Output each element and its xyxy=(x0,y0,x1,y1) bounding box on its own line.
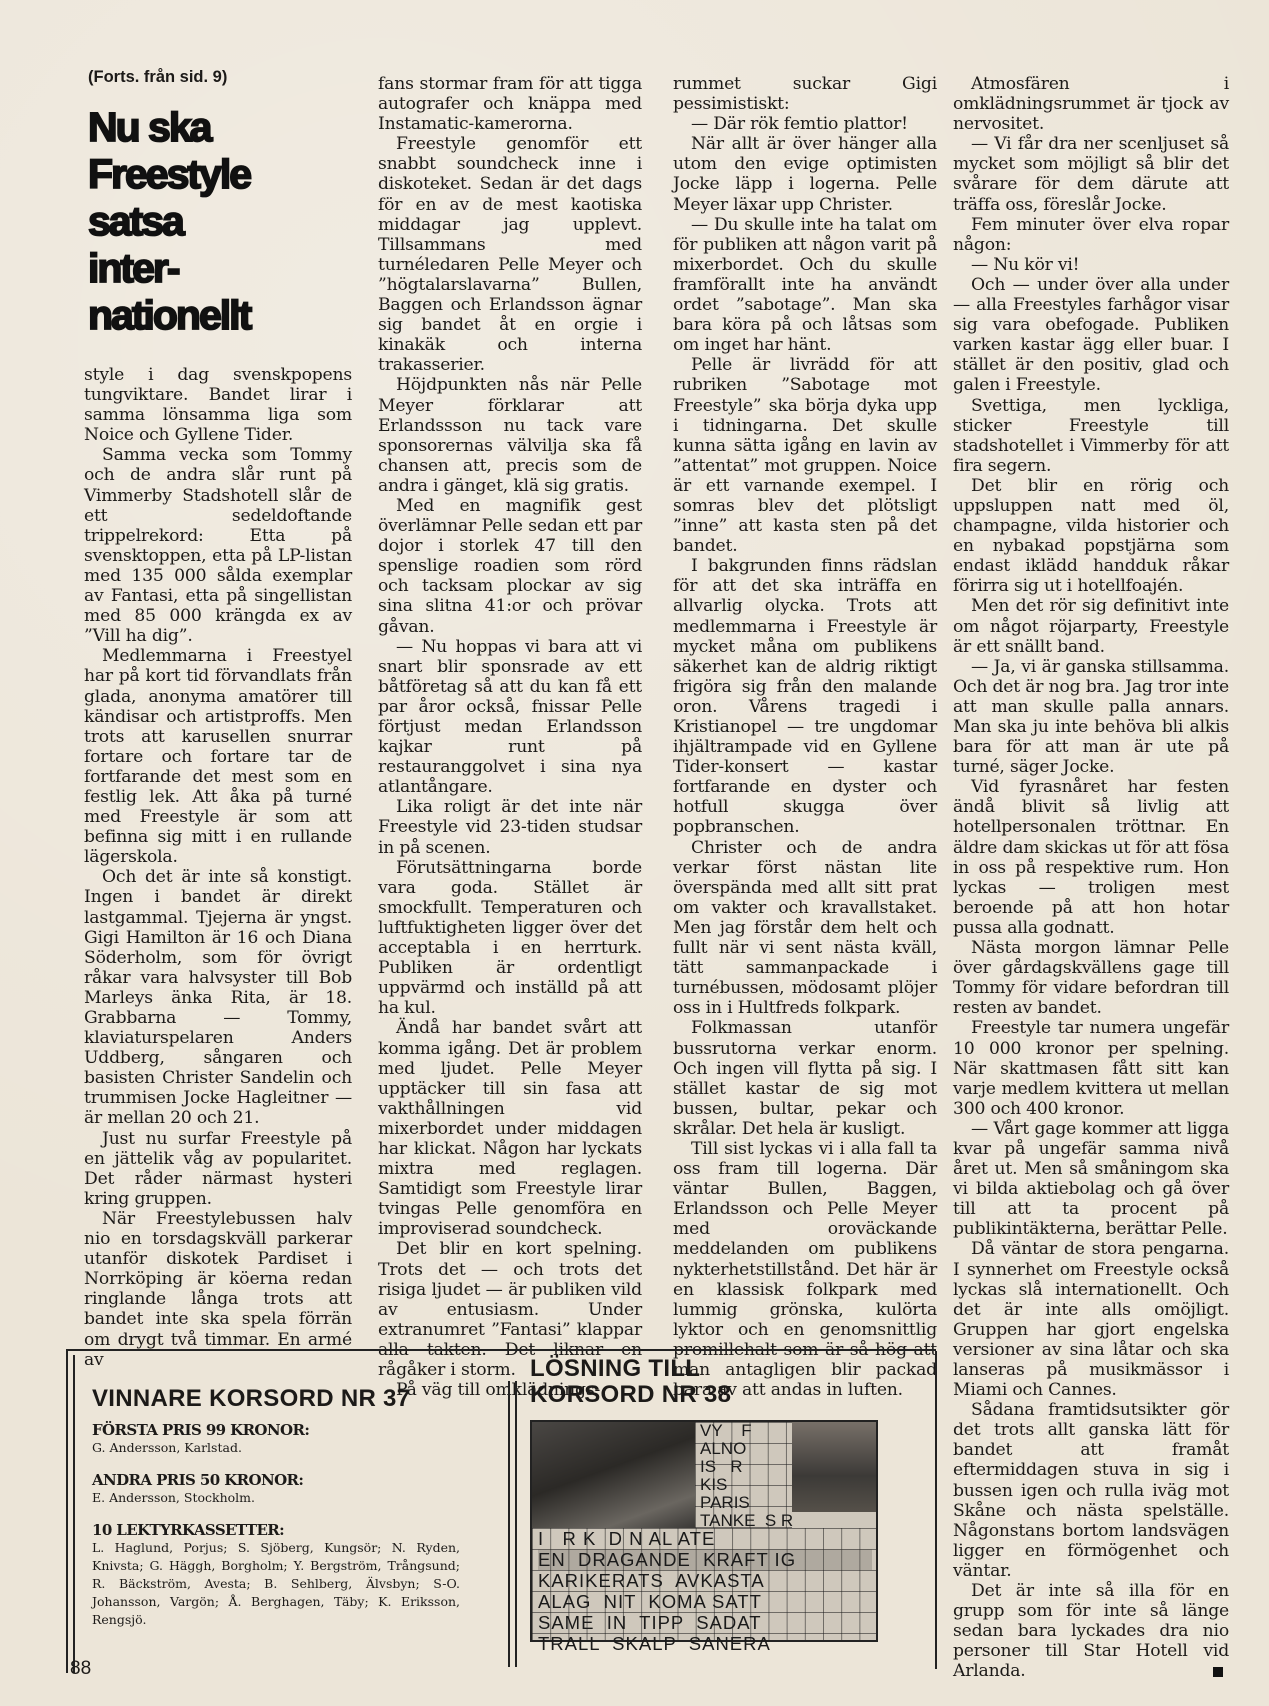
paragraph: Fem minuter över elva ropar någon: xyxy=(953,215,1229,255)
article-column-1: style i dag svenskpopens tungviktare. Ba… xyxy=(84,365,352,1370)
headline-line: Freestyle xyxy=(88,151,358,198)
solution-box: LÖSNING TILL KORSORD NR 38 xyxy=(530,1356,930,1408)
paragraph: Förutsättningarna borde vara goda. Ställ… xyxy=(378,858,642,1019)
solution-title-line2: KORSORD NR 38 xyxy=(530,1382,930,1408)
box-divider-rule xyxy=(508,1381,510,1667)
paragraph: Det blir en rörig och uppsluppen natt me… xyxy=(953,476,1229,597)
paragraph: Och det är inte så konstigt. Ingen i ban… xyxy=(84,867,352,1128)
paragraph: I bakgrunden finns rädslan för att det s… xyxy=(673,556,937,837)
prize-heading: 10 LEKTYRKASSETTER: xyxy=(92,1521,460,1539)
paragraph: Folkmassan utanför bussrutorna verkar en… xyxy=(673,1018,937,1139)
paragraph: Pelle är livrädd för att rubriken ”Sabot… xyxy=(673,355,937,556)
paragraph: — Vårt gage kommer att ligga kvar på ung… xyxy=(953,1119,1229,1240)
paragraph: Vid fyrasnåret har festen ändå blivit så… xyxy=(953,777,1229,938)
paragraph: — Ja, vi är ganska stillsamma. Och det ä… xyxy=(953,657,1229,778)
paragraph: fans stormar fram för att tigga autograf… xyxy=(378,74,642,134)
paragraph: Svettiga, men lyckliga, sticker Freestyl… xyxy=(953,396,1229,476)
crossword-solution-image: VY F ALNO IS R KIS PARIS TANKE S R I R K… xyxy=(530,1420,878,1642)
solution-title-line1: LÖSNING TILL xyxy=(530,1356,930,1382)
prize-winners: G. Andersson, Karlstad. xyxy=(92,1439,492,1457)
paragraph: Med en magnifik gest överlämnar Pelle se… xyxy=(378,496,642,637)
paragraph: — Du skulle inte ha talat om för publike… xyxy=(673,215,937,356)
article-headline: Nu ska Freestyle satsa inter- nationellt xyxy=(88,104,358,339)
paragraph: Atmosfären i omklädningsrummet är tjock … xyxy=(953,74,1229,134)
paragraph: rummet suckar Gigi pessimistiskt: xyxy=(673,74,937,114)
paragraph: Sådana framtidsutsikter gör det trots al… xyxy=(953,1400,1229,1581)
article-column-3: rummet suckar Gigi pessimistiskt: — Där … xyxy=(673,74,937,1400)
paragraph: Christer och de andra verkar först nästa… xyxy=(673,838,937,1019)
paragraph: Ändå har bandet svårt att komma igång. D… xyxy=(378,1018,642,1239)
prize-first: FÖRSTA PRIS 99 KRONOR: G. Andersson, Kar… xyxy=(92,1421,492,1457)
paragraph: Freestyle tar numera ungefär 10 000 kron… xyxy=(953,1018,1229,1118)
paragraph: — Vi får dra ner scenljuset så mycket so… xyxy=(953,134,1229,214)
headline-line: Nu ska xyxy=(88,104,358,151)
prize-winners: L. Haglund, Porjus; S. Sjöberg, Kungsör;… xyxy=(92,1539,460,1629)
paragraph: När Freestylebussen halv nio en torsdags… xyxy=(84,1209,352,1370)
headline-line: nationellt xyxy=(88,292,358,339)
paragraph: Nästa morgon lämnar Pelle över gårdagskv… xyxy=(953,938,1229,1018)
paragraph: — Nu hoppas vi bara att vi snart blir sp… xyxy=(378,637,642,798)
paragraph: Men det rör sig definitivt inte om något… xyxy=(953,596,1229,656)
prize-heading: FÖRSTA PRIS 99 KRONOR: xyxy=(92,1421,492,1439)
paragraph: — Där rök femtio plattor! xyxy=(673,114,937,134)
page-number: 88 xyxy=(70,1658,91,1680)
headline-line: satsa xyxy=(88,198,358,245)
paragraph: Medlemmarna i Freestyel har på kort tid … xyxy=(84,646,352,867)
winners-box: VINNARE KORSORD NR 37 FÖRSTA PRIS 99 KRO… xyxy=(72,1353,492,1653)
end-mark-icon xyxy=(1213,1667,1223,1677)
paragraph: Det är inte så illa för en grupp som för… xyxy=(953,1581,1229,1681)
crossword-bottom-letters: I R K D N AL ATE EN DRAGANDE KRAFT IG KA… xyxy=(538,1512,872,1654)
article-column-4: Atmosfären i omklädningsrummet är tjock … xyxy=(953,74,1229,1682)
prize-winners: E. Andersson, Stockholm. xyxy=(92,1489,492,1507)
paragraph: När allt är över hänger alla utom den ev… xyxy=(673,134,937,214)
continued-from-label: (Forts. från sid. 9) xyxy=(88,68,227,87)
paragraph-text: Det är inte så illa för en grupp som för… xyxy=(953,1581,1229,1681)
prize-cassettes: 10 LEKTYRKASSETTER: L. Haglund, Porjus; … xyxy=(92,1521,460,1629)
paragraph: Freestyle genomför ett snabbt soundcheck… xyxy=(378,134,642,375)
prize-heading: ANDRA PRIS 50 KRONOR: xyxy=(92,1471,492,1489)
winners-title: VINNARE KORSORD NR 37 xyxy=(92,1385,492,1413)
paragraph: Höjdpunkten nås när Pelle Meyer förklara… xyxy=(378,375,642,496)
paragraph: Just nu surfar Freestyle på en jättelik … xyxy=(84,1129,352,1209)
paragraph: style i dag svenskpopens tungviktare. Ba… xyxy=(84,365,352,445)
box-top-rule xyxy=(66,1349,936,1351)
paragraph: Och — under över alla under — alla Frees… xyxy=(953,275,1229,396)
paragraph: — Nu kör vi! xyxy=(953,255,1229,275)
box-divider-rule-inner xyxy=(515,1381,517,1667)
prize-second: ANDRA PRIS 50 KRONOR: E. Andersson, Stoc… xyxy=(92,1471,492,1507)
article-column-2: fans stormar fram för att tigga autograf… xyxy=(378,74,642,1400)
box-left-rule xyxy=(66,1351,68,1673)
man-photo xyxy=(792,1422,876,1512)
paragraph: Lika roligt är det inte när Freestyle vi… xyxy=(378,797,642,857)
box-right-rule xyxy=(935,1351,937,1669)
headline-line: inter- xyxy=(88,245,358,292)
paragraph: Då väntar de stora pengarna. I synnerhet… xyxy=(953,1239,1229,1400)
paragraph: Samma vecka som Tommy och de andra slår … xyxy=(84,445,352,646)
